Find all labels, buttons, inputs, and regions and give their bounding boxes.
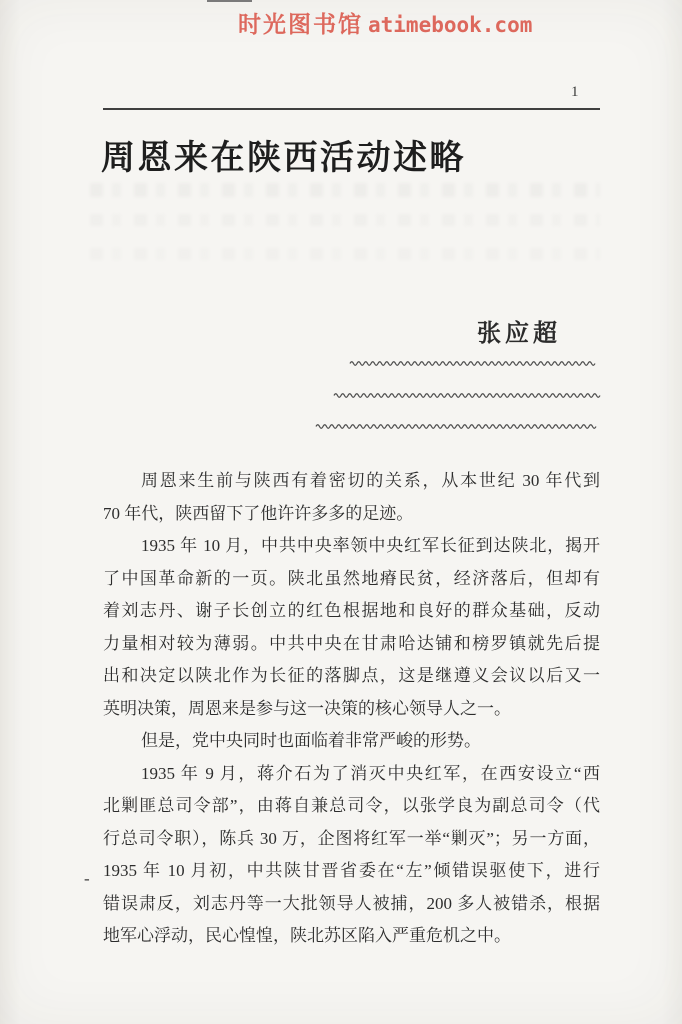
body-line: 70 年代，陕西留下了他许许多多的足迹。: [103, 498, 600, 531]
wavy-divider-2: [333, 391, 601, 399]
scan-ghosting: [90, 214, 600, 226]
article-title: 周恩来在陕西活动述略: [101, 130, 466, 179]
wavy-divider-1: [349, 359, 602, 367]
body-line: 但是，党中央同时也面临着非常严峻的形势。: [103, 725, 600, 758]
body-line: 北剿匪总司令部”，由蒋自兼总司令，以张学良为副总司令（代: [103, 790, 600, 823]
body-line: 1935 年 10 月，中共中央率领中央红军长征到达陕北，揭开: [103, 530, 600, 563]
body-line: 1935 年 10 月初，中共陕甘晋省委在“左”倾错误驱使下，进行: [103, 855, 600, 888]
watermark-site-url: atimebook.com: [368, 13, 532, 37]
scan-artifact-line: [207, 0, 252, 2]
body-text: 周恩来生前与陕西有着密切的关系，从本世纪 30 年代到 70 年代，陕西留下了他…: [103, 465, 600, 953]
scan-ghosting: [90, 248, 600, 260]
body-line: 出和决定以陕北作为长征的落脚点，这是继遵义会议以后又一: [103, 660, 600, 693]
body-line: 力量相对较为薄弱。中共中央在甘肃哈达铺和榜罗镇就先后提: [103, 628, 600, 661]
header-rule: [103, 108, 600, 110]
body-line: 1935 年 9 月，蒋介石为了消灭中央红军，在西安设立“西: [103, 758, 600, 791]
wavy-divider-3: [315, 422, 599, 430]
body-line: 着刘志丹、谢子长创立的红色根据地和良好的群众基础，反动: [103, 595, 600, 628]
author-name: 张应超: [477, 313, 561, 348]
watermark: 时光图书馆atimebook.com: [238, 6, 532, 39]
body-line: 地军心浮动，民心惶惶，陕北苏区陷入严重危机之中。: [103, 920, 600, 953]
body-line: 错误肃反，刘志丹等一大批领导人被捕，200 多人被错杀，根据: [103, 888, 600, 921]
watermark-site-name: 时光图书馆: [238, 11, 363, 37]
scanned-page: 时光图书馆atimebook.com 1 周恩来在陕西活动述略 张应超 - 周恩…: [0, 0, 682, 1024]
body-line: 行总司令职），陈兵 30 万，企图将红军一举“剿灭”；另一方面，: [103, 823, 600, 856]
scan-artifact-dash: -: [84, 863, 102, 896]
body-line: 了中国革命新的一页。陕北虽然地瘠民贫，经济落后，但却有: [103, 563, 600, 596]
scan-ghosting: [90, 183, 600, 197]
body-line: 英明决策，周恩来是参与这一决策的核心领导人之一。: [103, 693, 600, 726]
body-line: 周恩来生前与陕西有着密切的关系，从本世纪 30 年代到: [103, 465, 600, 498]
page-number: 1: [571, 84, 579, 101]
